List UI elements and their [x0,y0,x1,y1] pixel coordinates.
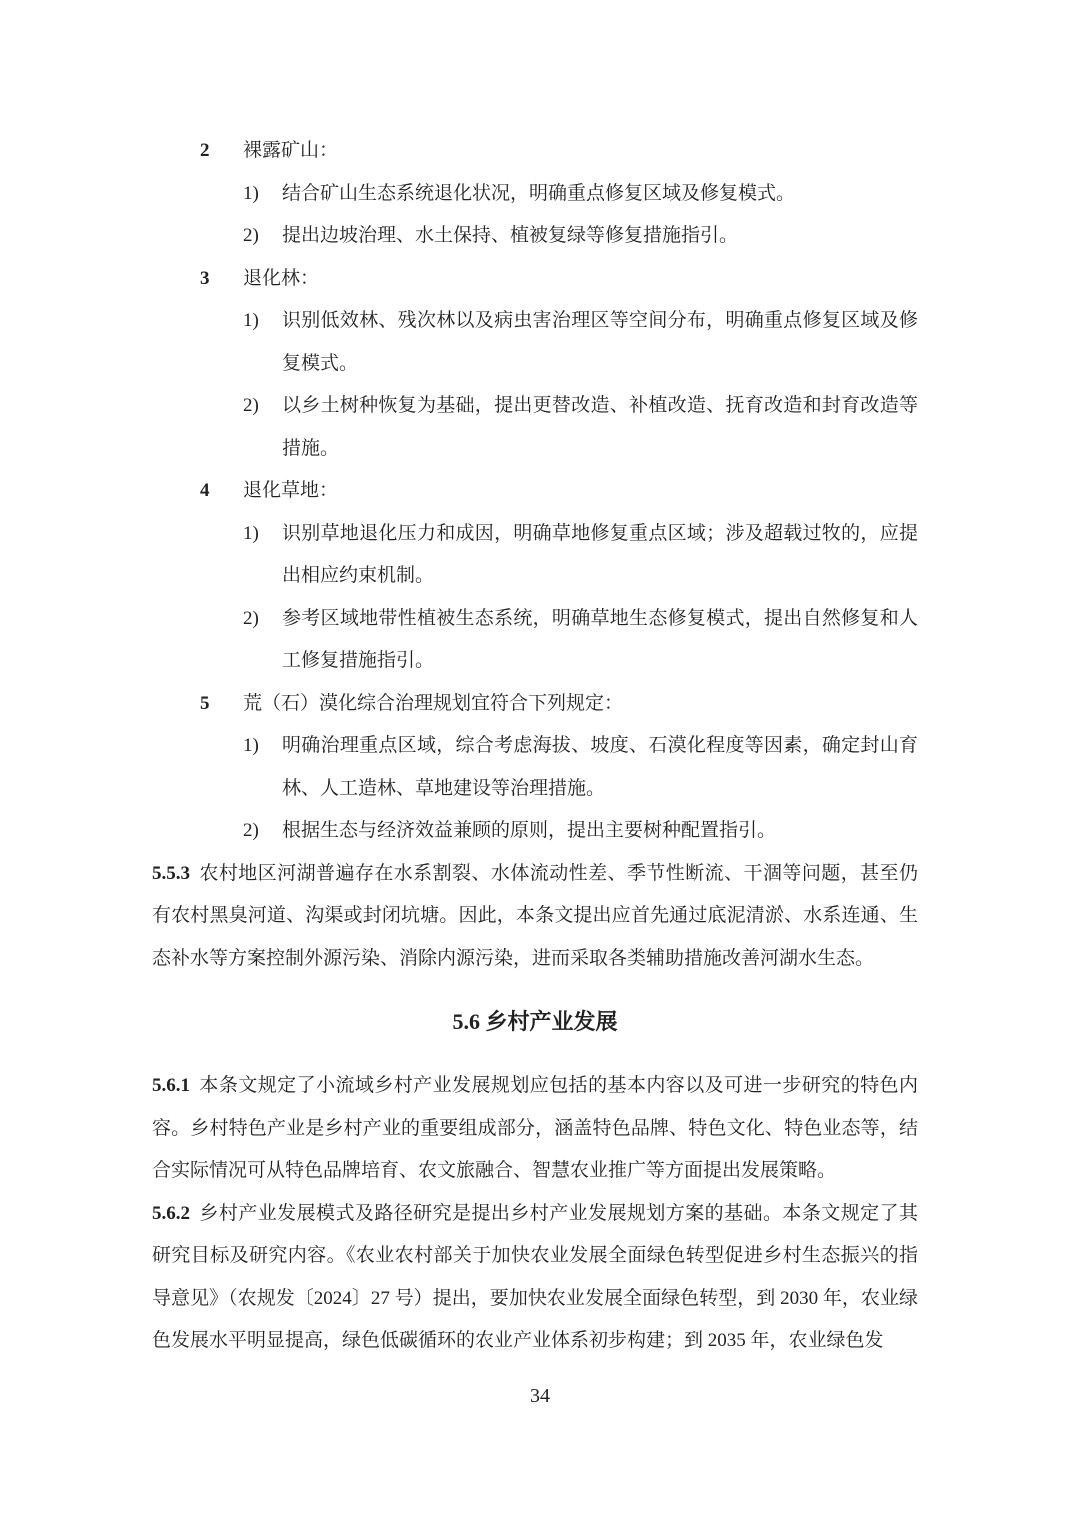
paragraph-text: 乡村产业发展模式及路径研究是提出乡村产业发展规划方案的基础。本条文规定了其研究目… [152,1203,918,1352]
clause-number: 2 [200,130,243,173]
paragraph-553: 5.5.3农村地区河湖普遍存在水系割裂、水体流动性差、季节性断流、干涸等问题，甚… [152,853,918,981]
subclause-text: 明确治理重点区域，综合考虑海拔、坡度、石漠化程度等因素，确定封山育林、人工造林、… [282,725,918,810]
clause-2: 2 裸露矿山： [200,130,918,173]
subclause-text: 以乡土树种恢复为基础，提出更替改造、补植改造、抚育改造和封育改造等措施。 [282,385,918,470]
page-content: 2 裸露矿山： 1) 结合矿山生态系统退化状况，明确重点修复区域及修复模式。 2… [152,130,918,1363]
clause-number: 4 [200,470,243,513]
clause-5: 5 荒（石）漠化综合治理规划宜符合下列规定： [200,683,918,726]
paragraph-number: 5.6.1 [152,1075,190,1096]
subclause-5-1: 1) 明确治理重点区域，综合考虑海拔、坡度、石漠化程度等因素，确定封山育林、人工… [243,725,918,810]
subclause-text: 识别低效林、残次林以及病虫害治理区等空间分布，明确重点修复区域及修复模式。 [282,300,918,385]
subclause-5-2: 2) 根据生态与经济效益兼顾的原则，提出主要树种配置指引。 [243,810,918,853]
subclause-4-2: 2) 参考区域地带性植被生态系统，明确草地生态修复模式，提出自然修复和人工修复措… [243,598,918,683]
paragraph-561: 5.6.1本条文规定了小流域乡村产业发展规划应包括的基本内容以及可进一步研究的特… [152,1065,918,1193]
page-number: 34 [0,1385,1080,1408]
subclause-number: 1) [243,513,282,598]
subclause-number: 2) [243,810,282,853]
subclause-number: 1) [243,300,282,385]
subclause-2-1: 1) 结合矿山生态系统退化状况，明确重点修复区域及修复模式。 [243,173,918,216]
document-page: 2 裸露矿山： 1) 结合矿山生态系统退化状况，明确重点修复区域及修复模式。 2… [0,0,1080,1527]
paragraph-number: 5.5.3 [152,863,190,884]
clause-label: 荒（石）漠化综合治理规划宜符合下列规定： [243,683,918,726]
paragraph-number: 5.6.2 [152,1203,190,1224]
subclause-number: 1) [243,173,282,216]
clause-label: 退化林： [243,258,918,301]
subclause-number: 2) [243,215,282,258]
subclause-2-2: 2) 提出边坡治理、水土保持、植被复绿等修复措施指引。 [243,215,918,258]
subclause-text: 提出边坡治理、水土保持、植被复绿等修复措施指引。 [282,215,918,258]
subclause-text: 结合矿山生态系统退化状况，明确重点修复区域及修复模式。 [282,173,918,216]
clause-number: 3 [200,258,243,301]
subclause-text: 根据生态与经济效益兼顾的原则，提出主要树种配置指引。 [282,810,918,853]
paragraph-562: 5.6.2乡村产业发展模式及路径研究是提出乡村产业发展规划方案的基础。本条文规定… [152,1193,918,1363]
subclause-text: 识别草地退化压力和成因，明确草地修复重点区域；涉及超载过牧的，应提出相应约束机制… [282,513,918,598]
subclause-3-2: 2) 以乡土树种恢复为基础，提出更替改造、补植改造、抚育改造和封育改造等措施。 [243,385,918,470]
section-heading: 5.6 乡村产业发展 [152,1000,918,1044]
paragraph-text: 本条文规定了小流域乡村产业发展规划应包括的基本内容以及可进一步研究的特色内容。乡… [152,1075,918,1181]
paragraph-text: 农村地区河湖普遍存在水系割裂、水体流动性差、季节性断流、干涸等问题，甚至仍有农村… [152,863,918,969]
subclause-number: 2) [243,385,282,470]
subclause-number: 1) [243,725,282,810]
subclause-number: 2) [243,598,282,683]
clause-label: 退化草地： [243,470,918,513]
subclause-3-1: 1) 识别低效林、残次林以及病虫害治理区等空间分布，明确重点修复区域及修复模式。 [243,300,918,385]
clause-number: 5 [200,683,243,726]
subclause-text: 参考区域地带性植被生态系统，明确草地生态修复模式，提出自然修复和人工修复措施指引… [282,598,918,683]
subclause-4-1: 1) 识别草地退化压力和成因，明确草地修复重点区域；涉及超载过牧的，应提出相应约… [243,513,918,598]
clause-4: 4 退化草地： [200,470,918,513]
clause-label: 裸露矿山： [243,130,918,173]
clause-3: 3 退化林： [200,258,918,301]
